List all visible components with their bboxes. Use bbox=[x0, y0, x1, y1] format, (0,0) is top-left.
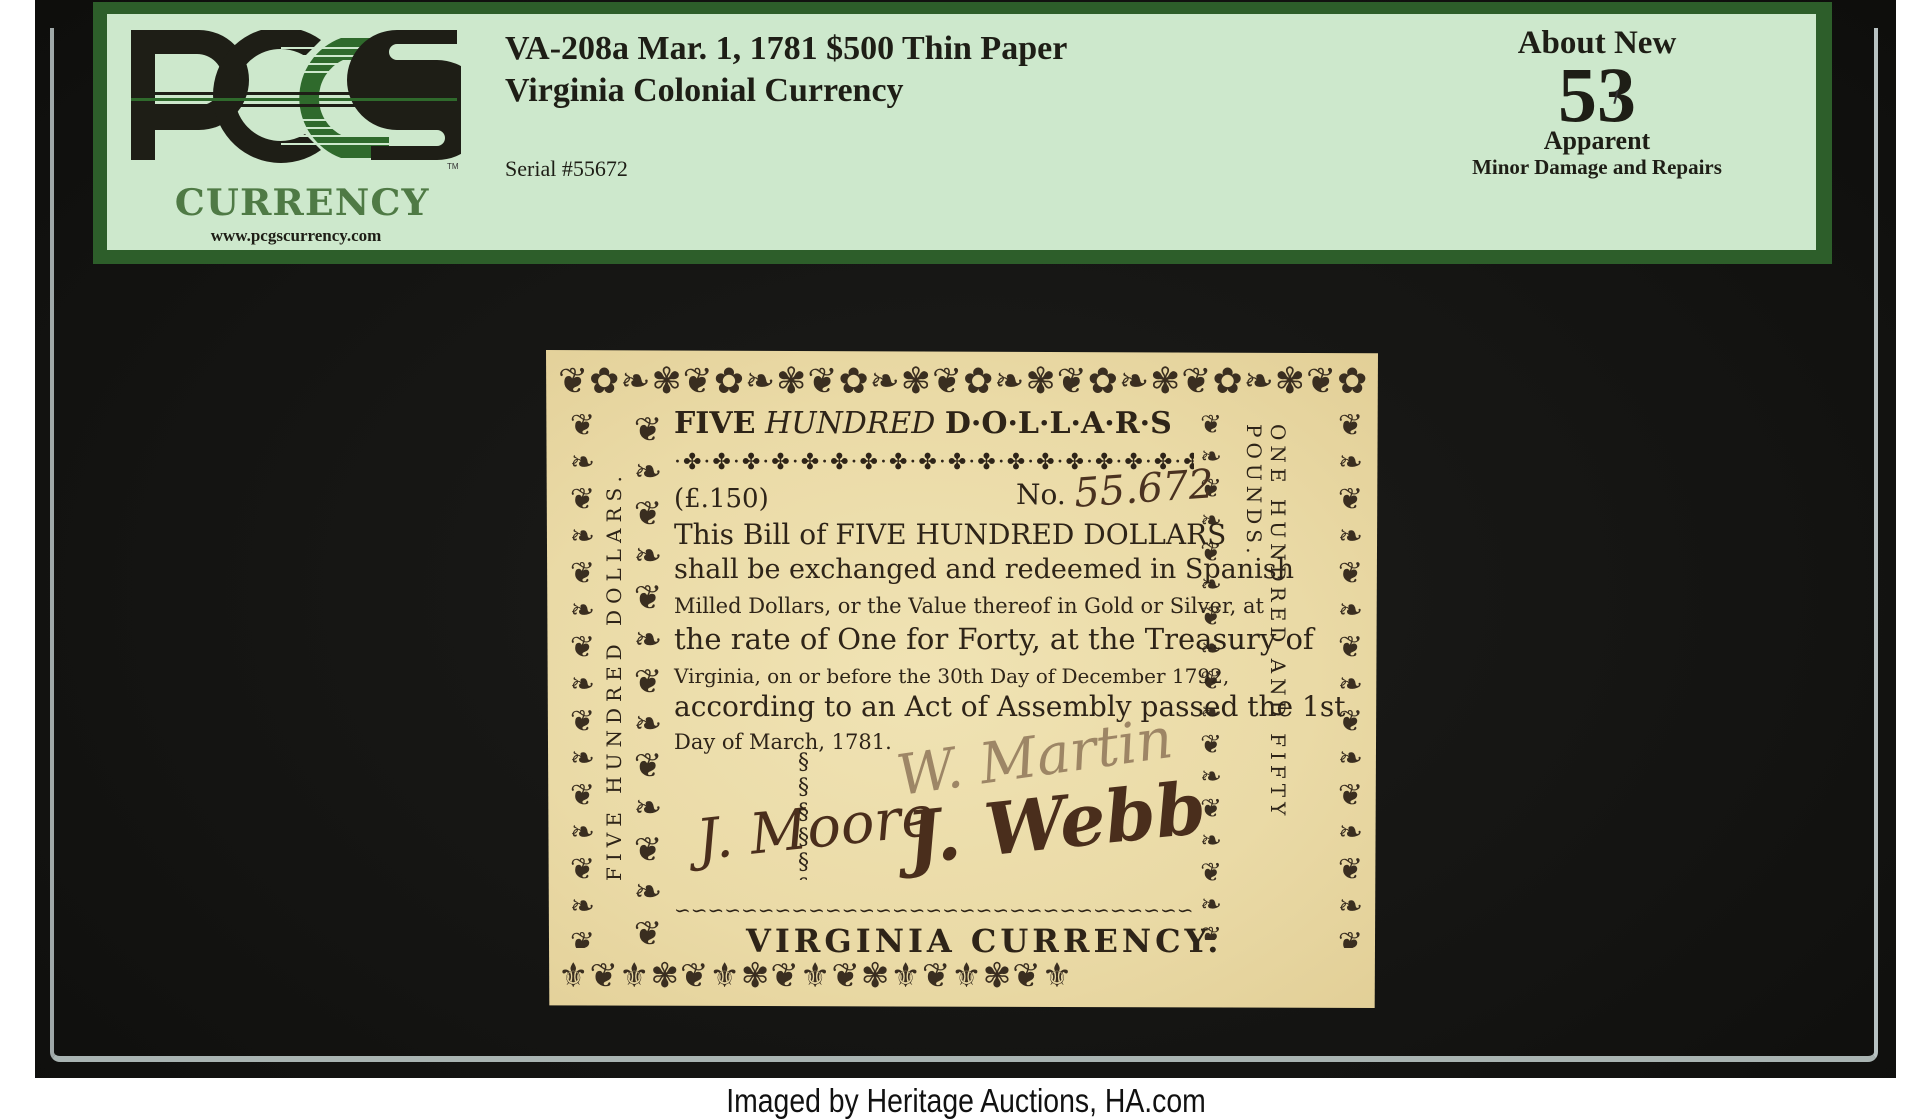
note-title: VA-208a Mar. 1, 1781 $500 Thin Paper bbox=[505, 30, 1067, 68]
grade-block: About New 53 Apparent Minor Damage and R… bbox=[1427, 24, 1767, 180]
serial-number: Serial #55672 bbox=[505, 156, 628, 182]
note-header: FIVE HUNDRED D·O·L·L·A·R·S bbox=[674, 406, 1172, 441]
pound-value: (£.150) bbox=[674, 484, 769, 514]
pcgs-currency-logo: TM CURRENCY www.pcgscurrency.com bbox=[131, 30, 461, 240]
header-hundred: HUNDRED bbox=[765, 406, 935, 441]
signature-divider-ornament: §§§§§§ bbox=[798, 750, 816, 880]
header-dollars: D·O·L·L·A·R·S bbox=[945, 406, 1172, 441]
header-five: FIVE bbox=[674, 406, 755, 441]
left-outer-ornament-border: ❦❧❦❧❦❧❦❧❦❧❦❧❦❧❦❧❦❧ bbox=[556, 408, 600, 948]
note-text-line: This Bill of FIVE HUNDRED DOLLARS bbox=[674, 518, 1226, 551]
left-inner-ornament-border: ❦❧❦❧❦❧❦❧❦❧❦❧❦❧❦❧❦❧ bbox=[628, 410, 668, 950]
right-outer-ornament-border: ❦❧❦❧❦❧❦❧❦❧❦❧❦❧❦❧❦❧ bbox=[1318, 408, 1368, 948]
handwritten-serial: 55.672 bbox=[1073, 461, 1216, 517]
currency-wordmark: CURRENCY bbox=[131, 182, 473, 224]
grading-label: TM CURRENCY www.pcgscurrency.com VA-208a… bbox=[93, 2, 1832, 264]
grade-comment: Minor Damage and Repairs bbox=[1427, 154, 1767, 180]
wave-ornament-line: ∽∽∽∽∽∽∽∽∽∽∽∽∽∽∽∽∽∽∽∽∽∽∽∽∽∽∽∽∽∽∽∽∽∽∽∽∽∽∽ bbox=[674, 898, 1194, 922]
left-border-text: FIVE HUNDRED DOLLARS. bbox=[602, 426, 626, 926]
top-ornament-border: ❦✿❧✾❦✿❧✾❦✿❧✾❦✿❧✾❦✿❧✾❦✿❧✾❦✿ bbox=[558, 354, 1366, 410]
grading-label-panel: TM CURRENCY www.pcgscurrency.com VA-208a… bbox=[107, 14, 1816, 250]
note-subtitle: Virginia Colonial Currency bbox=[505, 72, 904, 110]
pcgs-url: www.pcgscurrency.com bbox=[131, 226, 461, 246]
bottom-ornament-border: ⚜❦⚜✾❦⚜✾❦⚜❦✾⚜❦⚜✾❦⚜ bbox=[558, 948, 1366, 1004]
note-text-line: shall be exchanged and redeemed in Spani… bbox=[674, 554, 1294, 585]
note-text-line: Milled Dollars, or the Value thereof in … bbox=[674, 594, 1264, 618]
banknote: ❦✿❧✾❦✿❧✾❦✿❧✾❦✿❧✾❦✿❧✾❦✿❧✾❦✿ ❦❧❦❧❦❧❦❧❦❧❦❧❦… bbox=[546, 350, 1378, 1008]
note-text-line: Day of March, 1781. bbox=[674, 730, 892, 754]
right-border-text: ONE HUNDRED AND FIFTY POUNDS. bbox=[1266, 424, 1290, 904]
note-text-line: Virginia, on or before the 30th Day of D… bbox=[674, 664, 1229, 688]
trademark-mark: TM bbox=[447, 162, 459, 171]
image-credit-caption: Imaged by Heritage Auctions, HA.com bbox=[135, 1082, 1797, 1120]
pcgs-logo-icon bbox=[131, 30, 461, 180]
number-label: No. bbox=[1016, 478, 1066, 511]
grade-number: 53 bbox=[1427, 62, 1767, 128]
note-text-line: the rate of One for Forty, at the Treasu… bbox=[674, 622, 1314, 656]
grade-qualifier: Apparent bbox=[1427, 128, 1767, 154]
note-text-line: according to an Act of Assembly passed t… bbox=[674, 690, 1345, 723]
